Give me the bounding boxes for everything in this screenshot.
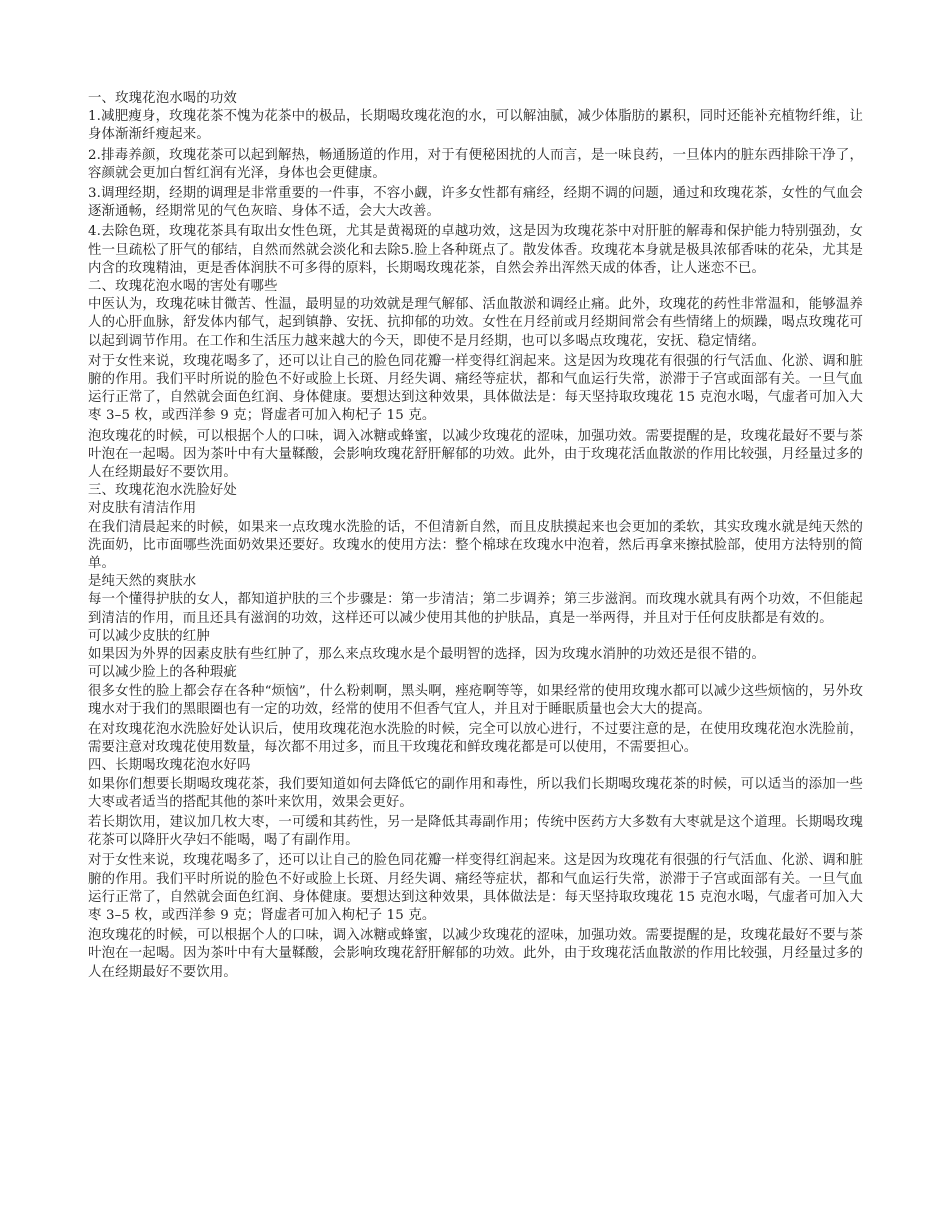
section-heading-benefits: 一、玫瑰花泡水喝的功效 <box>88 90 863 108</box>
subheading-blemishes: 可以减少脸上的各种瑕疵 <box>88 664 863 682</box>
paragraph-long-term-intro: 如果你们想要长期喝玫瑰花茶，我们要知道如何去降低它的副作用和毒性，所以我们长期喝… <box>88 776 863 812</box>
paragraph-spots-fragrance: 4.去除色斑，玫瑰花茶具有取出女性色斑，尤其是黄褐斑的卓越功效，这是因为玫瑰花茶… <box>88 223 863 278</box>
paragraph-brewing-tips: 泡玫瑰花的时候，可以根据个人的口味，调入冰糖或蜂蜜，以减少玫瑰花的涩味，加强功效… <box>88 428 863 483</box>
subheading-toner: 是纯天然的爽肤水 <box>88 573 863 591</box>
paragraph-menstrual: 3.调理经期，经期的调理是非常重要的一件事，不容小觑，许多女性都有痛经，经期不调… <box>88 185 863 221</box>
document-page: 一、玫瑰花泡水喝的功效 1.减肥瘦身，玫瑰花茶不愧为花茶中的极品，长期喝玫瑰花泡… <box>88 90 863 982</box>
section-heading-long-term: 四、长期喝玫瑰花泡水好吗 <box>88 757 863 775</box>
paragraph-jujube-advice: 若长期饮用，建议加几枚大枣，一可缓和其药性，另一是降低其毒副作用；传统中医药方大… <box>88 814 863 850</box>
section-heading-harms: 二、玫瑰花泡水喝的害处有哪些 <box>88 278 863 296</box>
paragraph-toner: 每一个懂得护肤的女人，都知道护肤的三个步骤是：第一步清洁；第二步调养；第三步滋润… <box>88 591 863 627</box>
paragraph-women-complexion: 对于女性来说，玫瑰花喝多了，还可以让自己的脸色同花瓣一样变得红润起来。这是因为玫… <box>88 353 863 426</box>
paragraph-tcm-view: 中医认为，玫瑰花味甘微苦、性温，最明显的功效就是理气解郁、活血散淤和调经止痛。此… <box>88 296 863 351</box>
paragraph-blemishes: 很多女性的脸上都会存在各种“烦恼”，什么粉刺啊，黑头啊，痤疮啊等等，如果经常的使… <box>88 683 863 719</box>
paragraph-redness: 如果因为外界的因素皮肤有些红肿了，那么来点玫瑰水是个最明智的选择，因为玫瑰水消肿… <box>88 646 863 664</box>
paragraph-face-wash-usage: 在对玫瑰花泡水洗脸好处认识后，使用玫瑰花泡水洗脸的时候，完全可以放心进行，不过要… <box>88 721 863 757</box>
paragraph-cleansing: 在我们清晨起来的时候，如果来一点玫瑰水洗脸的话，不但清新自然，而且皮肤摸起来也会… <box>88 519 863 574</box>
section-heading-face-wash: 三、玫瑰花泡水洗脸好处 <box>88 482 863 500</box>
paragraph-weight-loss: 1.减肥瘦身，玫瑰花茶不愧为花茶中的极品，长期喝玫瑰花泡的水，可以解油腻，减少体… <box>88 108 863 144</box>
paragraph-women-complexion-repeat: 对于女性来说，玫瑰花喝多了，还可以让自己的脸色同花瓣一样变得红润起来。这是因为玫… <box>88 852 863 925</box>
subheading-redness: 可以减少皮肤的红肿 <box>88 628 863 646</box>
paragraph-detox: 2.排毒养颜，玫瑰花茶可以起到解热，畅通肠道的作用，对于有便秘困扰的人而言，是一… <box>88 147 863 183</box>
subheading-cleansing: 对皮肤有清洁作用 <box>88 500 863 518</box>
paragraph-brewing-tips-repeat: 泡玫瑰花的时候，可以根据个人的口味，调入冰糖或蜂蜜，以减少玫瑰花的涩味，加强功效… <box>88 927 863 982</box>
